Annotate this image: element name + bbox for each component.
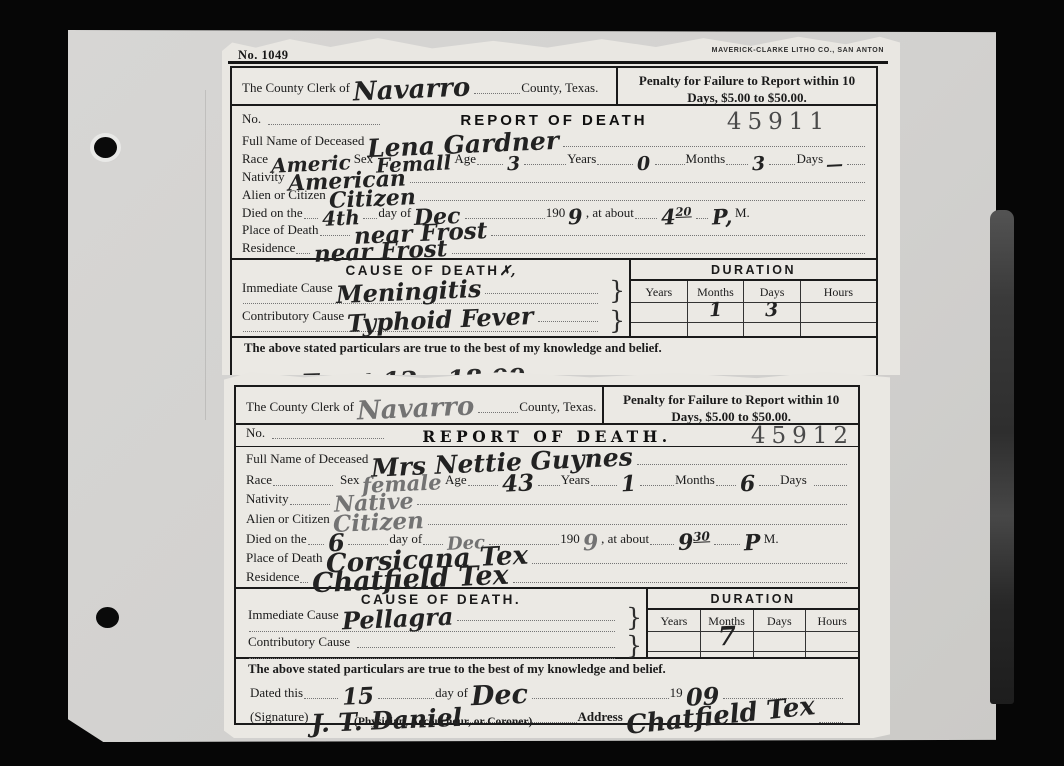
form-header: The County Clerk of Navarro County, Texa… [236,387,858,425]
field-row-contributory-cause: Contributory Cause Typhoid Fever [236,308,625,326]
immediate-cause-label: Immediate Cause [242,280,333,298]
field-row-immediate-cause: Immediate Cause Meningitis [236,280,625,298]
dotted-leader [357,646,615,648]
m-label: M. [764,531,779,549]
race-label: Race [242,151,268,169]
dotted-leader [714,543,740,545]
duration-value [754,631,806,651]
dotted-leader [491,234,865,236]
field-row-died-on: Died on the 6 day of Dec 190 9 , at abou… [236,529,858,549]
dotted-leader [716,484,736,486]
dotted-leader [819,721,843,723]
age-handwritten: 3 [507,158,521,170]
contributory-cause-label: Contributory Cause [242,308,344,326]
duration-col-days: Days 3 [743,281,800,336]
dotted-leader [249,657,615,659]
contributory-cause-handwritten: Typhoid Fever [347,309,534,332]
certificate-number-stamp: 45911 [727,109,830,135]
title-row: No. REPORT OF DEATH. 45912 [236,425,858,447]
dotted-leader [273,484,333,486]
dotted-leader [304,217,318,219]
died-on-label: Died on the [242,205,303,223]
time-minutes: 30 [693,530,710,545]
form-header: The County Clerk of Navarro County, Texa… [232,68,876,106]
duration-col-years: Years [648,610,700,657]
duration-col-months: Months 7 [700,610,753,657]
alien-citizen-label: Alien or Citizen [246,511,330,529]
contributory-cause-label: Contributory Cause [248,634,350,652]
dotted-leader [478,411,518,413]
dotted-leader [563,145,865,147]
duration-heading: DURATION [631,260,876,281]
dotted-leader [320,234,350,236]
dotted-leader [348,543,388,545]
county-clerk-line: The County Clerk of Navarro County, Texa… [236,387,602,423]
form-box: The County Clerk of Navarro County, Texa… [230,66,878,375]
immediate-cause-label: Immediate Cause [248,607,339,625]
certificate-number-stamp: 45912 [751,423,854,449]
penalty-line1: Penalty for Failure to Report within 10 [618,72,876,89]
dotted-leader [513,581,847,583]
dotted-leader [538,320,598,322]
immediate-cause-handwritten: Pellagra [341,609,453,628]
citizen-handwritten: Citizen [333,514,424,532]
duration-heading: DURATION [648,589,858,610]
dotted-leader [296,252,310,254]
hole-punch-top [94,137,117,158]
place-of-death-label: Place of Death [246,550,323,568]
sex-label: Sex [340,472,360,490]
died-on-label: Died on the [246,531,307,549]
dotted-leader [726,163,748,165]
years-label: Years [567,151,596,169]
duration-table: DURATION Years Months 7 Days [646,589,858,657]
dotted-leader [452,252,865,254]
dotted-leader [290,503,330,505]
binder-clip [990,210,1014,704]
duration-col-months: Months 1 [687,281,744,336]
duration-header: Days [754,610,806,631]
death-report-card-45911: No. 1049 MAVERICK-CLARKE LITHO CO., SAN … [222,34,900,375]
hole-punch-bottom [96,607,119,628]
dotted-leader [655,163,685,165]
duration-header: Hours [806,610,858,631]
dotted-leader [635,217,657,219]
dotted-leader [847,163,865,165]
time-hour: 9 [678,530,694,557]
signature-label: (Signature) [250,709,308,727]
years-handwritten: 0 [637,158,651,170]
county-suffix: County, Texas. [519,399,596,417]
address-handwritten: Chatfield Tex [626,700,816,735]
dotted-leader [308,543,324,545]
signature-subcaption: (Physician, Accoucheur, or Coroner) [354,716,532,728]
duration-col-hours: Hours [800,281,876,336]
duration-value [631,302,687,322]
duration-table: DURATION Years Months 1 Days 3 [629,260,876,336]
time-hour: 4 [660,204,676,230]
residence-handwritten: near Frost [314,242,448,262]
duration-header: Hours [801,281,876,302]
cause-left: CAUSE OF DEATH✗, Immediate Cause Meningi… [232,260,629,336]
duration-value-handwritten: 3 [765,305,779,317]
months-handwritten: 6 [740,477,756,491]
dated-this-label: Dated this [250,685,303,703]
duration-value: 1 [688,302,744,322]
dotted-leader [591,484,617,486]
duration-columns: Years Months 7 Days H [648,610,858,657]
duration-value: 3 [744,302,800,322]
dotted-leader [485,292,598,294]
at-about-label: , at about [601,531,649,549]
dotted-line-row [240,652,642,663]
immediate-cause-handwritten: Meningitis [335,281,481,302]
brace-glyph: } [609,276,625,305]
age-handwritten: 43 [501,477,534,492]
dotted-leader [474,92,520,94]
duration-col-days: Days [753,610,806,657]
field-row-died-on: Died on the 4th day of Dec 190 9 , at ab… [232,205,876,223]
years-handwritten: 1 [620,477,636,491]
time-handwritten: 930 [678,534,711,551]
time-handwritten: 420 [661,209,692,225]
duration-empty-cell [648,651,700,657]
death-report-card-45912: The County Clerk of Navarro County, Texa… [224,370,890,738]
field-row-nativity: Nativity Native [236,490,858,509]
nativity-label: Nativity [246,491,289,509]
penalty-line2: Days, $5.00 to $50.00. [618,89,876,106]
duration-empty-cell [801,322,876,336]
clerk-label: The County Clerk of [246,399,354,417]
dotted-leader [769,163,795,165]
dotted-leader [363,217,377,219]
time-minutes: 20 [675,205,692,220]
race-label: Race [246,472,272,490]
meridiem-handwritten: P [744,536,761,550]
day-of-label: day of [435,685,468,703]
field-row-alien-citizen: Alien or Citizen Citizen [232,187,876,205]
dotted-leader [524,163,566,165]
field-row-residence: Residence near Frost [232,240,876,258]
duration-header: Years [648,610,700,631]
county-handwritten: Navarro [357,400,475,421]
clerk-label: The County Clerk of [242,80,350,98]
days-label: Days [796,151,823,169]
affirmation-text: The above stated particulars are true to… [232,336,876,358]
dotted-leader [696,217,708,219]
days-label: Days [780,472,807,490]
dotted-leader [417,503,847,505]
duration-empty-cell [744,322,800,336]
dotted-leader [378,697,434,699]
duration-value-handwritten: 1 [709,305,723,317]
dotted-leader [597,163,633,165]
meridiem-handwritten: P, [711,211,732,224]
months-label: Months [675,472,715,490]
penalty-line1: Penalty for Failure to Report within 10 [604,391,858,408]
died-year-handwritten: 9 [568,211,583,224]
duration-empty-cell [754,651,806,657]
duration-value-handwritten: 7 [717,630,736,646]
m-label: M. [735,205,750,223]
died-year-handwritten: 9 [582,536,598,550]
at-about-label: , at about [586,205,634,223]
field-row-contributory-cause: Contributory Cause [240,636,642,652]
dotted-leader [538,484,560,486]
full-name-label: Full Name of Deceased [242,133,364,151]
year-prefix-label: 19 [670,685,683,703]
field-row-place-of-death: Place of Death Corsicana Tex [236,549,858,568]
duration-header: Years [631,281,687,302]
field-row-alien-citizen: Alien or Citizen Citizen [236,509,858,529]
days-handwritten: — [826,159,843,170]
years-label: Years [561,472,590,490]
duration-empty-cell [631,322,687,336]
months-label: Months [686,151,726,169]
duration-columns: Years Months 1 Days 3 [631,281,876,336]
residence-label: Residence [246,569,299,587]
form-box: The County Clerk of Navarro County, Texa… [234,385,860,725]
field-row-immediate-cause: Immediate Cause Pellagra [240,608,642,625]
field-row-full-name: Full Name of Deceased Mrs Nettie Guynes [236,447,858,469]
brace-glyph: } [609,306,625,335]
field-row-nativity: Nativity American [232,169,876,187]
duration-value [801,302,876,322]
signature-row: (Signature) J. T. Daniel Address Chatfie… [236,703,858,727]
place-of-death-label: Place of Death [242,222,319,240]
dotted-leader [477,163,503,165]
county-suffix: County, Texas. [521,80,598,98]
penalty-notice: Penalty for Failure to Report within 10 … [602,387,858,423]
brace-glyph: } [626,603,642,632]
duration-value [648,631,700,651]
duration-value [806,631,858,651]
year-prefix-label: 190 [546,205,566,223]
duration-value: 7 [701,631,753,651]
dotted-leader [532,697,669,699]
litho-credit: MAVERICK-CLARKE LITHO CO., SAN ANTON [712,47,884,54]
cause-left: CAUSE OF DEATH. Immediate Cause Pellagra… [236,589,646,657]
dotted-leader [420,199,865,201]
dotted-leader [428,523,847,525]
scan-background: { "card1": { "corner_no": "No. 1049", "l… [0,0,1064,766]
dotted-leader [637,463,847,465]
dotted-leader [759,484,779,486]
cause-of-death-section: CAUSE OF DEATH. Immediate Cause Pellagra… [236,587,858,657]
address-label: Address [578,709,623,727]
residence-label: Residence [242,240,295,258]
cause-heading-mark: ✗, [500,263,516,279]
page-crease [205,90,206,420]
dotted-leader [468,484,498,486]
dotted-leader [300,581,308,583]
months-handwritten: 3 [752,158,766,170]
brace-glyph: } [626,631,642,660]
duration-col-years: Years [631,281,687,336]
full-name-label: Full Name of Deceased [246,451,368,469]
year-prefix-label: 190 [560,531,580,549]
cause-of-death-section: CAUSE OF DEATH✗, Immediate Cause Meningi… [232,258,876,336]
field-row-residence: Residence Chatfield Tex [236,568,858,587]
dotted-leader [814,484,847,486]
dotted-leader [304,697,338,699]
penalty-notice: Penalty for Failure to Report within 10 … [616,68,876,104]
dotted-leader [457,619,615,621]
top-rule [228,61,888,64]
duration-col-hours: Hours [805,610,858,657]
dotted-leader [640,484,674,486]
dotted-leader [410,181,865,183]
dotted-leader [532,562,847,564]
county-clerk-line: The County Clerk of Navarro County, Texa… [232,68,616,104]
county-handwritten: Navarro [353,81,471,102]
dotted-leader [650,543,674,545]
duration-empty-cell [806,651,858,657]
duration-empty-cell [688,322,744,336]
